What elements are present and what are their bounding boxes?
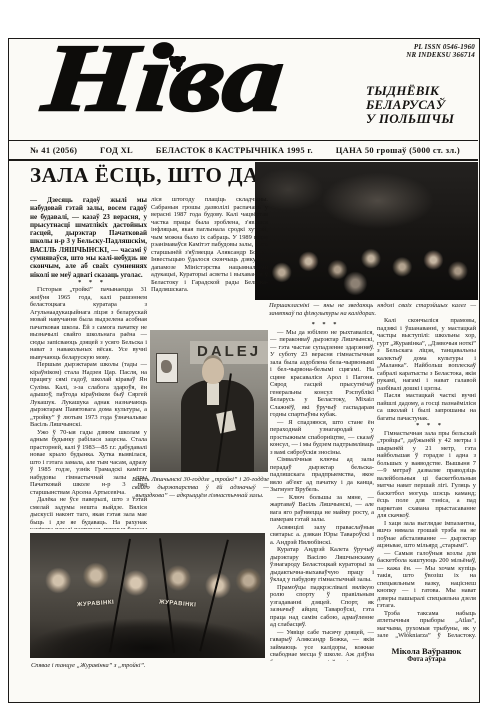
text-column-1: — Дзесяць гадоў жылі мы набудовай гэтай …	[30, 196, 147, 529]
microphone-stand	[159, 538, 175, 652]
article-paragraph: — Я спадзяюся, што стане ён пераходнай у…	[270, 419, 374, 457]
masthead-title: Ніва	[40, 30, 288, 126]
photo-director-speech: DALEJ	[150, 330, 268, 472]
section-separator: * * *	[270, 321, 374, 329]
article-lead-paragraph: — Дзесяць гадоў жылі мы набудовай гэтай …	[30, 196, 147, 279]
speaker-head	[202, 358, 224, 384]
article-paragraph: — Мы да юбілею не рыхтаваліся, — перакон…	[270, 329, 374, 419]
photo-zhuravinka-ensemble: ЖУРАВІНКІ ЖУРАВІНКІ	[30, 533, 265, 658]
article-paragraph: Калі скончыліся прамовы, падзякі і ўшана…	[377, 317, 476, 392]
article-paragraph: Пасля мастацкай часткі вучні пайшлі дадо…	[377, 392, 476, 422]
article-paragraph: Ужо ў 70-ыя гады дзвюм школам у адным бу…	[30, 429, 147, 497]
masthead-divider	[8, 140, 478, 141]
article-paragraph: ліся штогоду плаціць складчыны. Сабраныя…	[151, 196, 268, 294]
microphone-stand	[199, 539, 229, 651]
photo-caption-bottom: Спявае і танцуе „Журавінка” з „тройкі”.	[31, 662, 261, 670]
section-separator: * * *	[30, 279, 147, 287]
author-name: Мікола Ваўранюк	[377, 646, 476, 656]
article-paragraph: — Ключ большы за мяне, — жартаваў Васіль…	[270, 494, 374, 524]
issue-year: ГОД XL	[100, 145, 133, 155]
speaker-shirt	[207, 383, 219, 405]
section-separator: * * *	[377, 422, 476, 430]
ensemble-shirt-text: ЖУРАВІНКІ	[159, 599, 197, 608]
issue-number: № 41 (2056)	[30, 145, 77, 155]
issue-price: ЦАНА 50 грошаў (5000 ст. зл.)	[336, 145, 460, 155]
article-paragraph: Гімнастычная зала пры бельскай „тройцы”,…	[377, 430, 476, 520]
tagline-line: У ПОЛЬШЧЫ	[366, 112, 454, 126]
ensemble-shirt-text: ЖУРАВІНКІ	[77, 599, 115, 608]
issn-number: PL ISSN 0546-1960	[406, 43, 475, 51]
article-paragraph: Далёка не ўсе паверылі, што з гэтай смел…	[30, 496, 147, 529]
article-paragraph: Першым дырэктарам школы (тады — кіраўнік…	[30, 361, 147, 429]
tagline: ТЫДНЁВІК БЕЛАРУСАЎ У ПОЛЬШЧЫ	[366, 84, 454, 126]
photo-hall-audience	[255, 162, 478, 300]
tagline-line: ТЫДНЁВІК	[366, 84, 454, 98]
photo-caption-top: Першакласнікі — яны не зведаюць нядолі с…	[269, 302, 476, 318]
text-column-3: * * * — Мы да юбілею не рыхтаваліся, — п…	[270, 321, 374, 661]
text-column-2: ліся штогоду плаціць складчыны. Сабраныя…	[151, 196, 268, 308]
newspaper-page: PL ISSN 0546-1960 NR INDEKSU 366714 Ніва…	[0, 0, 491, 714]
issue-place-date: БЕЛАСТОК 8 КАСТРЫЧНІКА 1995 г.	[156, 145, 313, 155]
article-paragraph: І хаця зала выглядае імпазантна, яшчэ ня…	[377, 520, 476, 550]
article-paragraph: — Самыя галоўныя козлы для баскетбола ка…	[377, 550, 476, 610]
index-number: NR INDEKSU 366714	[406, 51, 475, 59]
pahonia-emblem	[156, 353, 178, 383]
article-paragraph: Куратар Андрэй Калета ўручыў дырэктару В…	[270, 546, 374, 584]
text-column-4: Калі скончыліся прамовы, падзякі і ўшана…	[377, 317, 476, 640]
tagline-line: БЕЛАРУСАЎ	[366, 98, 454, 112]
byline: Мікола Ваўранюк Фота аўтара	[377, 646, 476, 664]
microphone-stand	[109, 539, 131, 653]
article-paragraph: Сімвалічныя ключы ад залы перадаў дырэкт…	[270, 456, 374, 494]
issue-info-bar: № 41 (2056) ГОД XL БЕЛАСТОК 8 КАСТРЫЧНІК…	[30, 145, 460, 155]
issn-block: PL ISSN 0546-1960 NR INDEKSU 366714	[406, 43, 475, 59]
article-paragraph: Прамоўцы падкрэслівалі вялікую ролю спор…	[270, 584, 374, 629]
article-paragraph: — Уявіце сабе тысячу дзяцей, — гаварыў А…	[270, 629, 374, 662]
photo-credit: Фота аўтара	[377, 656, 476, 664]
article-paragraph: Гісторыя „тройкі” пачынаецца 31 жніўня 1…	[30, 286, 147, 361]
article-paragraph: Асвянцілі залу праваслаўныя святары: а. …	[270, 524, 374, 547]
photo-caption-middle: Васіль Ляшчынскі 30-годдзе „тройкі” і 20…	[132, 476, 269, 499]
infobar-divider	[8, 159, 478, 161]
article-paragraph: Трэба таксама набыць атлетычныя прыборы …	[377, 610, 476, 641]
hall-banner-text: DALEJ	[190, 341, 268, 364]
